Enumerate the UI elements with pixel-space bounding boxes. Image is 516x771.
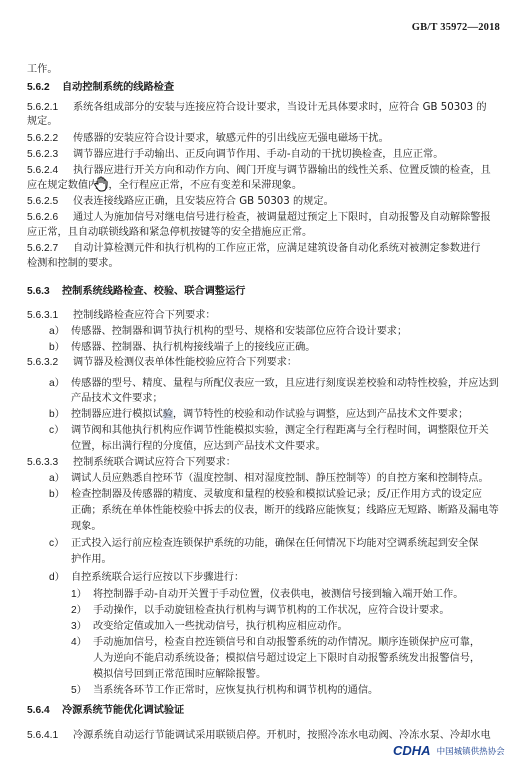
paragraph-line: 现象。 — [71, 520, 102, 533]
paragraph-line: 工作。 — [27, 63, 58, 76]
clause-5-6-2-1: 5.6.2.1系统各组成部分的安装与连接应符合设计要求，当设计无具体要求时，应符… — [27, 101, 487, 114]
list-item: d）自控系统联合运行应按以下步骤进行： — [49, 571, 244, 584]
clause-5-6-3-2: 5.6.3.2调节器及检测仪表单体性能校验应符合下列要求： — [27, 356, 297, 369]
list-item: b）传感器、控制器、执行机构接线端子上的接线应正确。 — [49, 341, 316, 354]
section-heading-5-6-2: 5.6.2自动控制系统的线路检查 — [27, 81, 174, 94]
clause-5-6-2-6: 5.6.2.6通过人为施加信号对继电信号进行检查，被调量超过预定上下限时，自动报… — [27, 211, 491, 224]
step-item: 3）改变给定值或加入一些扰动信号，执行机构应相应动作。 — [71, 620, 348, 633]
text-selection-highlight: 验 — [163, 409, 173, 420]
paragraph-line: 检测和控制的要求。 — [27, 257, 119, 270]
list-item: c）调节阀和其他执行机构应作调节性能模拟实验，测定全行程距离与全行程时间，调整限… — [49, 424, 489, 437]
paragraph-line: 护作用。 — [71, 553, 112, 566]
list-item: a）调试人员应熟悉自控环节（温度控制、相对湿度控制、静压控制等）的自控方案和控制… — [49, 472, 489, 485]
step-item: 1）将控制器手动-自动开关置于手动位置，仪表供电，被测信号接到输入端开始工作。 — [71, 588, 463, 601]
step-item: 4）手动施加信号，检查自控连锁信号和自动报警系统的动作情况。顺序连锁保护应可靠， — [71, 636, 480, 649]
paragraph-line: 人为逆向不能启动系统设备；模拟信号超过设定上下限时自动报警系统发出报警信号， — [93, 652, 480, 665]
watermark-logo: CDHA 中国城镇供热协会 — [393, 743, 505, 758]
standard-code-header: GB/T 35972—2018 — [412, 22, 500, 33]
paragraph-line: 位置，标出满行程的分度值，应达到产品技术文件要求。 — [71, 440, 326, 453]
clause-5-6-3-1: 5.6.3.1控制线路检查应符合下列要求： — [27, 309, 216, 322]
list-item: a）传感器的型号、精度、量程与所配仪表应一致，且应进行刻度误差校验和动特性校验，… — [49, 377, 499, 390]
clause-5-6-2-3: 5.6.2.3调节器应进行手动输出、正反向调节作用、手动-自动的干扰切换检查，且… — [27, 148, 443, 161]
hand-pointer-icon — [94, 176, 108, 192]
paragraph-line: 产品技术文件要求； — [71, 392, 163, 405]
paragraph-line: 应在规定数值内动，全行程应正常，不应有变差和呆滞现象。 — [27, 179, 302, 192]
clause-5-6-2-2: 5.6.2.2传感器的安装应符合设计要求，敏感元件的引出线应无强电磁场干扰。 — [27, 132, 389, 145]
clause-5-6-2-5: 5.6.2.5仪表连接线路应正确，且安装应符合 GB 50303 的规定。 — [27, 195, 334, 208]
list-item: a）传感器、控制器和调节执行机构的型号、规格和安装部位应符合设计要求； — [49, 325, 407, 338]
list-item: b）控制器应进行模拟试验，调节特性的校验和动作试验与调整，应达到产品技术文件要求… — [49, 408, 468, 421]
paragraph-line: 正确；系统在单体性能校验中拆去的仪表，断开的线路应能恢复；线路应无短路、断路及漏… — [71, 504, 499, 517]
paragraph-line: 应正常，且自动联锁线路和紧急停机按键等的安全措施应正常。 — [27, 226, 312, 239]
paragraph-line: 模拟信号回到正常范围时应解除报警。 — [93, 668, 266, 681]
list-item: c）正式投入运行前应检查连锁保护系统的功能，确保在任何情况下均能对空调系统起到安… — [49, 537, 479, 550]
section-heading-5-6-3: 5.6.3控制系统线路检查、校验、联合调整运行 — [27, 285, 245, 298]
list-item: b）检查控制器及传感器的精度、灵敏度和量程的校验和模拟试验记录；反/正作用方式的… — [49, 488, 482, 501]
clause-5-6-3-3: 5.6.3.3控制系统联合调试应符合下列要求： — [27, 456, 236, 469]
step-item: 2）手动操作，以手动旋钮检查执行机构与调节机构的工作状况，应符合设计要求。 — [71, 604, 450, 617]
watermark-text: 中国城镇供热协会 — [437, 745, 505, 757]
section-heading-5-6-4: 5.6.4冷源系统节能优化调试验证 — [27, 704, 184, 717]
clause-5-6-4-1: 5.6.4.1冷源系统自动运行节能调试采用联锁启停。开机时，按照冷冻水电动阀、冷… — [27, 729, 491, 742]
paragraph-line: 规定。 — [27, 115, 58, 128]
cdha-logo-icon: CDHA — [393, 743, 431, 758]
clause-5-6-2-7: 5.6.2.7自动计算检测元件和执行机构的工作应正常，应满足建筑设备自动化系统对… — [27, 242, 481, 255]
step-item: 5）当系统各环节工作正常时，应恢复执行机构和调节机构的通信。 — [71, 684, 378, 697]
